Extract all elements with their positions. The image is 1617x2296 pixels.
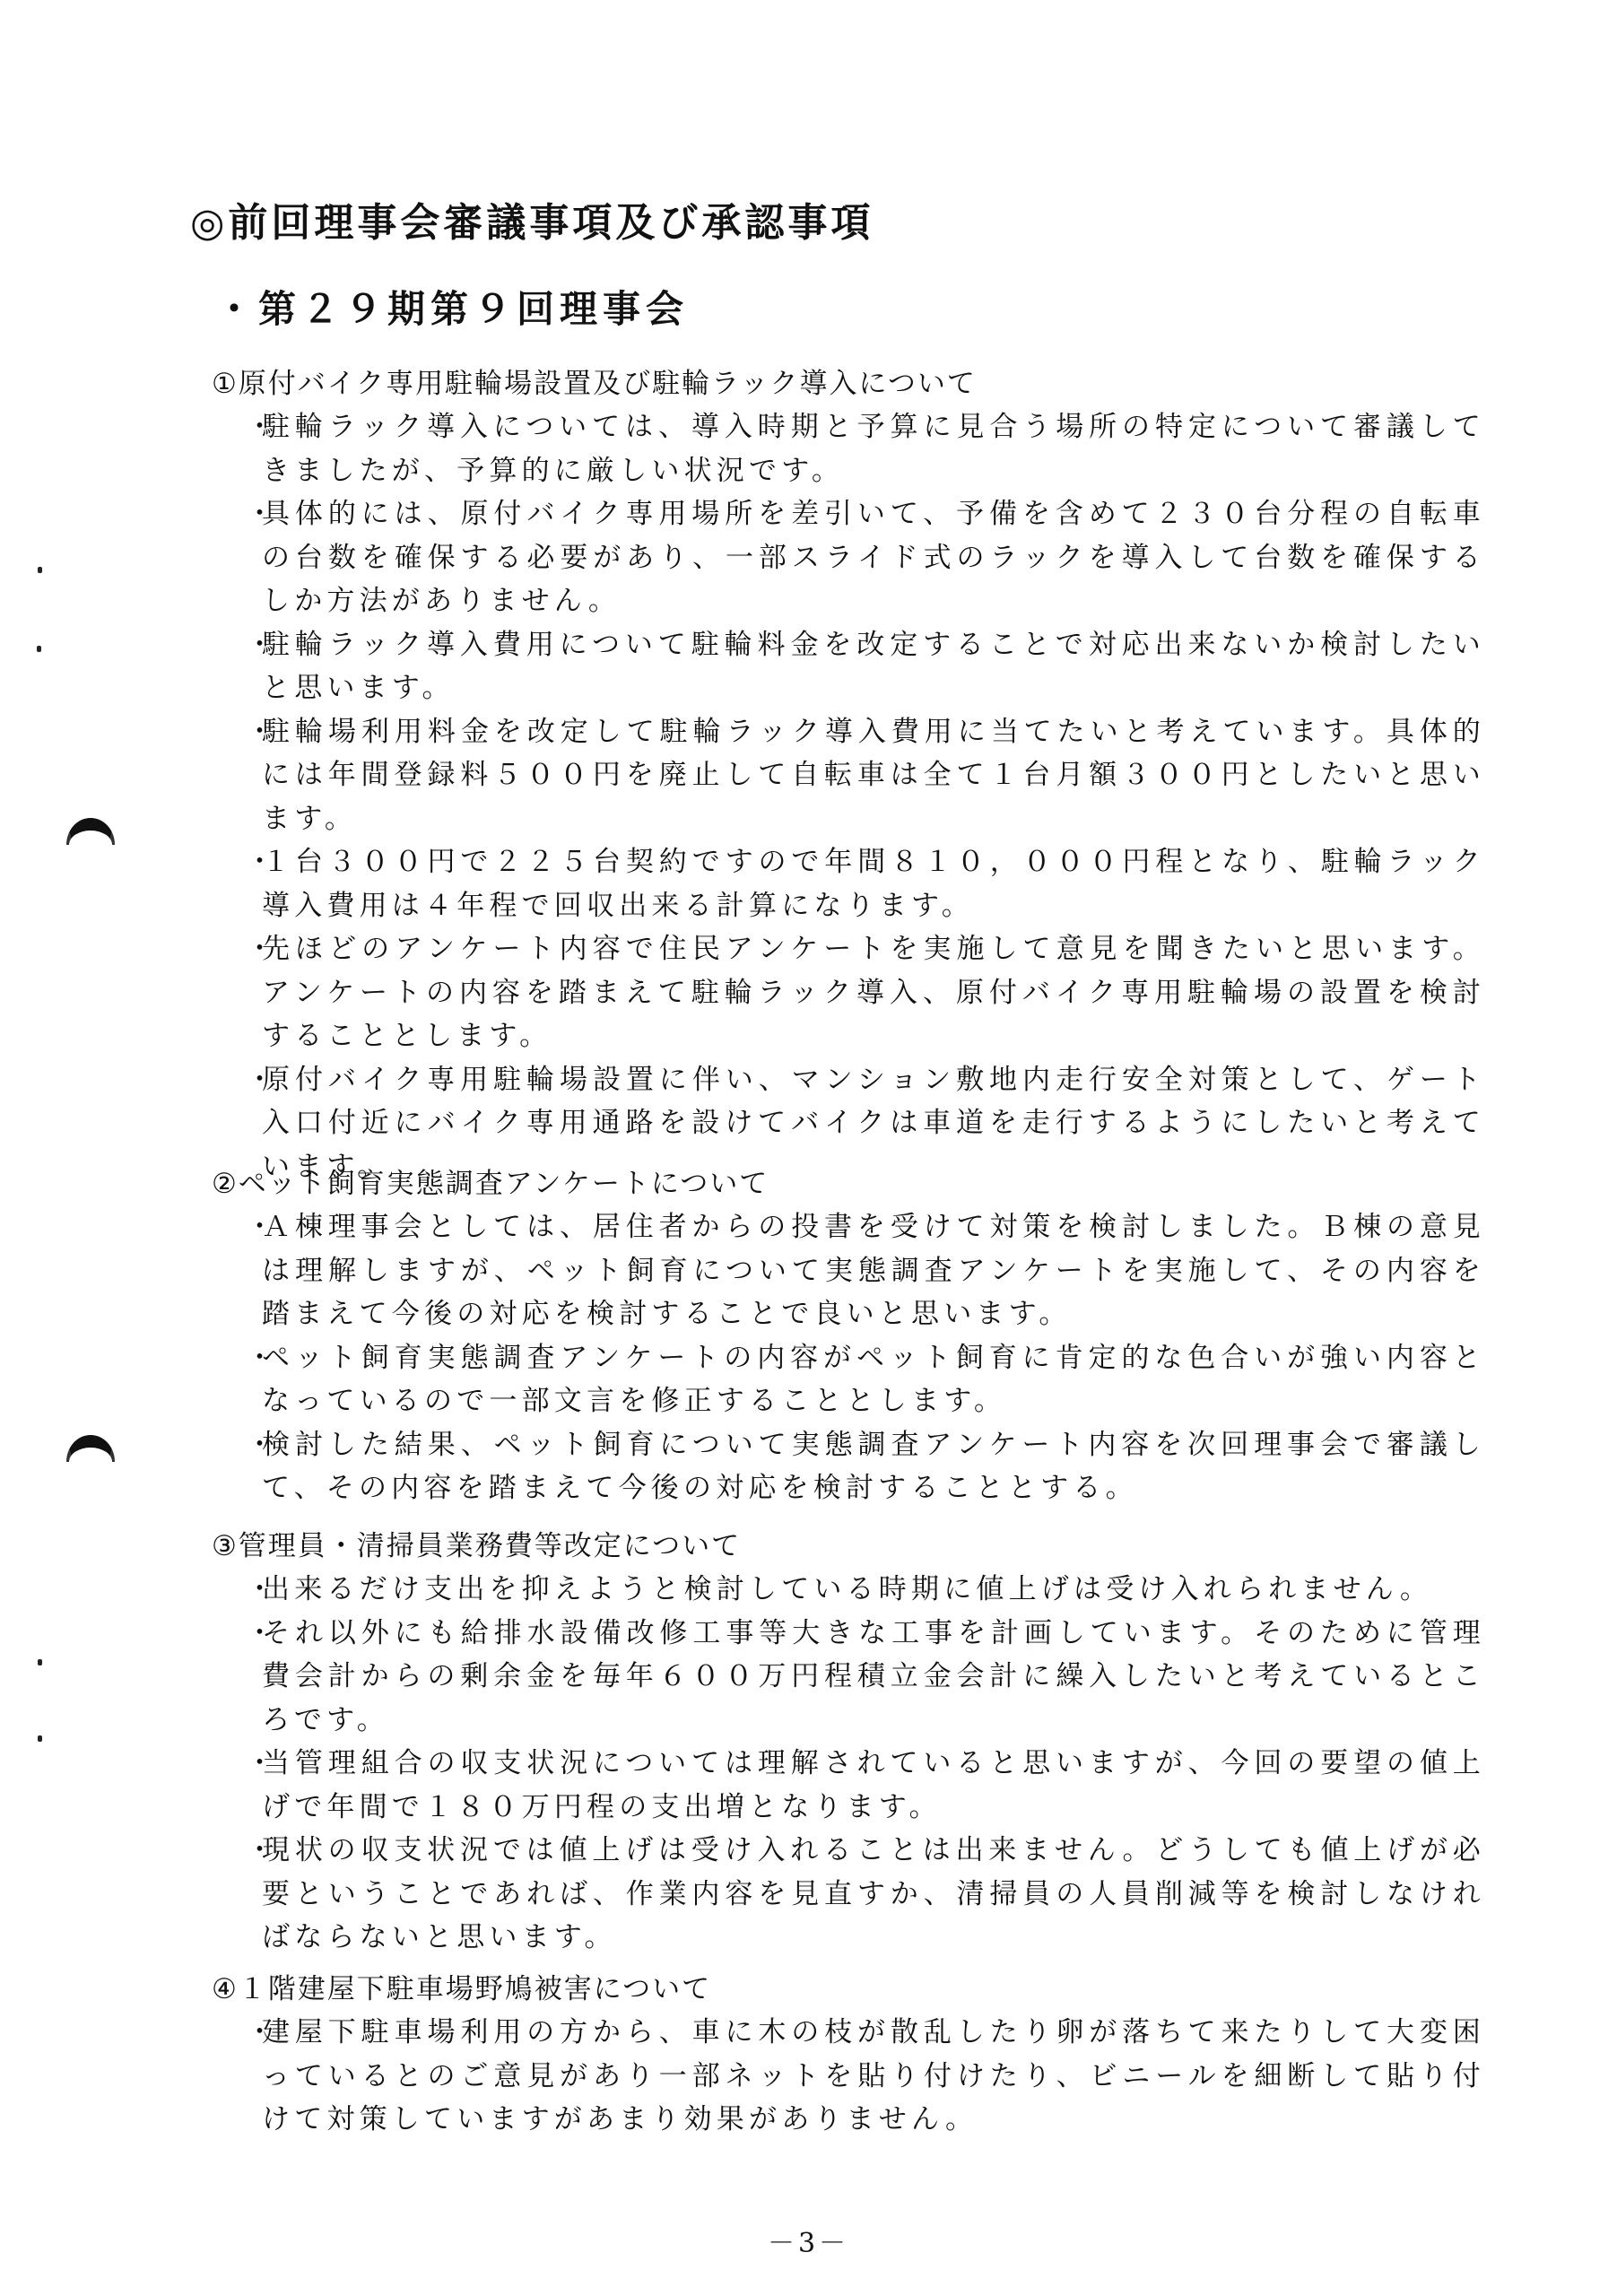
bullet-text: 当管理組合の収支状況については理解されていると思いますが、今回の要望の値上げで年… bbox=[262, 1747, 1485, 1823]
bullet-marker: ・ bbox=[246, 710, 260, 754]
list-item: ・１台３００円で２２５台契約ですので年間８１０，０００円程となり、駐輪ラック導入… bbox=[212, 840, 1485, 927]
section-heading: ④１階建屋下駐車場野鳩被害について bbox=[212, 1968, 1485, 2011]
bullet-marker: ・ bbox=[246, 492, 260, 536]
bullet-text: 先ほどのアンケート内容で住民アンケートを実施して意見を聞きたいと思います。アンケ… bbox=[262, 933, 1485, 1052]
section-pet-survey: ②ペット飼育実態調査アンケートについて ・Ａ棟理事会としては、居住者からの投書を… bbox=[212, 1162, 1485, 1510]
page-number: －3－ bbox=[0, 2221, 1617, 2260]
bullet-marker: ・ bbox=[246, 927, 260, 971]
bullet-list: ・Ａ棟理事会としては、居住者からの投書を受けて対策を検討しました。Ｂ棟の意見は理… bbox=[212, 1205, 1485, 1510]
section-moped-parking: ①原付バイク専用駐輪場設置及び駐輪ラック導入について ・駐輪ラック導入については… bbox=[212, 362, 1485, 1188]
scan-speck bbox=[38, 567, 42, 573]
bullet-marker: ・ bbox=[246, 1205, 260, 1249]
bullet-list: ・建屋下駐車場利用の方から、車に木の枝が散乱したり卵が落ちて来たりして大変困って… bbox=[212, 2011, 1485, 2142]
list-item: ・建屋下駐車場利用の方から、車に木の枝が散乱したり卵が落ちて来たりして大変困って… bbox=[212, 2011, 1485, 2142]
list-item: ・出来るだけ支出を抑えようと検討している時期に値上げは受け入れられません。 bbox=[212, 1568, 1485, 1612]
list-item: ・駐輪場利用料金を改定して駐輪ラック導入費用に当てたいと考えています。具体的には… bbox=[212, 710, 1485, 841]
bullet-marker: ・ bbox=[246, 2011, 260, 2055]
bullet-marker: ・ bbox=[246, 1058, 260, 1102]
section-heading: ②ペット飼育実態調査アンケートについて bbox=[212, 1162, 1485, 1205]
bullet-marker: ・ bbox=[246, 1829, 260, 1873]
bullet-text: 駐輪場利用料金を改定して駐輪ラック導入費用に当てたいと考えています。具体的には年… bbox=[262, 716, 1485, 835]
section-heading: ①原付バイク専用駐輪場設置及び駐輪ラック導入について bbox=[212, 362, 1485, 405]
list-item: ・具体的には、原付バイク専用場所を差引いて、予備を含めて２３０台分程の自転車の台… bbox=[212, 492, 1485, 623]
bullet-list: ・出来るだけ支出を抑えようと検討している時期に値上げは受け入れられません。 ・そ… bbox=[212, 1568, 1485, 1960]
bullet-marker: ・ bbox=[246, 1336, 260, 1380]
bullet-text: 具体的には、原付バイク専用場所を差引いて、予備を含めて２３０台分程の自転車の台数… bbox=[262, 498, 1485, 617]
scan-speck bbox=[38, 1659, 42, 1665]
scan-speck bbox=[37, 646, 41, 652]
bullet-text: 検討した結果、ペット飼育について実態調査アンケート内容を次回理事会で審議して、そ… bbox=[262, 1429, 1485, 1505]
bullet-marker: ・ bbox=[246, 623, 260, 667]
meeting-title: ・第２９期第９回理事会 bbox=[215, 280, 689, 334]
list-item: ・現状の収支状況では値上げは受け入れることは出来ません。どうしても値上げが必要と… bbox=[212, 1829, 1485, 1960]
bullet-marker: ・ bbox=[246, 840, 260, 884]
punch-hole-mark bbox=[66, 818, 115, 845]
bullet-marker: ・ bbox=[246, 1568, 260, 1612]
section-pigeon-damage: ④１階建屋下駐車場野鳩被害について ・建屋下駐車場利用の方から、車に木の枝が散乱… bbox=[212, 1968, 1485, 2142]
list-item: ・Ａ棟理事会としては、居住者からの投書を受けて対策を検討しました。Ｂ棟の意見は理… bbox=[212, 1205, 1485, 1336]
section-heading: ③管理員・清掃員業務費等改定について bbox=[212, 1525, 1485, 1568]
bullet-list: ・駐輪ラック導入については、導入時期と予算に見合う場所の特定について審議してきま… bbox=[212, 405, 1485, 1188]
punch-hole-mark bbox=[66, 1435, 115, 1462]
bullet-text: 出来るだけ支出を抑えようと検討している時期に値上げは受け入れられません。 bbox=[262, 1573, 1432, 1605]
page-title: ◎前回理事会審議事項及び承認事項 bbox=[190, 190, 874, 248]
bullet-text: 駐輪ラック導入については、導入時期と予算に見合う場所の特定について審議してきまし… bbox=[262, 411, 1485, 487]
list-item: ・当管理組合の収支状況については理解されていると思いますが、今回の要望の値上げで… bbox=[212, 1742, 1485, 1829]
list-item: ・駐輪ラック導入については、導入時期と予算に見合う場所の特定について審議してきま… bbox=[212, 405, 1485, 492]
list-item: ・検討した結果、ペット飼育について実態調査アンケート内容を次回理事会で審議して、… bbox=[212, 1423, 1485, 1510]
list-item: ・それ以外にも給排水設備改修工事等大きな工事を計画しています。そのために管理費会… bbox=[212, 1612, 1485, 1743]
list-item: ・先ほどのアンケート内容で住民アンケートを実施して意見を聞きたいと思います。アン… bbox=[212, 927, 1485, 1058]
bullet-marker: ・ bbox=[246, 1612, 260, 1656]
bullet-text: それ以外にも給排水設備改修工事等大きな工事を計画しています。そのために管理費会計… bbox=[262, 1617, 1485, 1736]
list-item: ・駐輪ラック導入費用について駐輪料金を改定することで対応出来ないか検討したいと思… bbox=[212, 623, 1485, 710]
bullet-text: Ａ棟理事会としては、居住者からの投書を受けて対策を検討しました。Ｂ棟の意見は理解… bbox=[262, 1211, 1485, 1330]
section-staff-fees: ③管理員・清掃員業務費等改定について ・出来るだけ支出を抑えようと検討している時… bbox=[212, 1525, 1485, 1960]
list-item: ・ペット飼育実態調査アンケートの内容がペット飼育に肯定的な色合いが強い内容となっ… bbox=[212, 1336, 1485, 1423]
bullet-text: 現状の収支状況では値上げは受け入れることは出来ません。どうしても値上げが必要とい… bbox=[262, 1834, 1485, 1953]
bullet-text: １台３００円で２２５台契約ですので年間８１０，０００円程となり、駐輪ラック導入費… bbox=[262, 846, 1485, 922]
bullet-text: 駐輪ラック導入費用について駐輪料金を改定することで対応出来ないか検討したいと思い… bbox=[262, 629, 1485, 705]
bullet-marker: ・ bbox=[246, 1423, 260, 1467]
scan-speck bbox=[38, 1735, 42, 1742]
bullet-text: ペット飼育実態調査アンケートの内容がペット飼育に肯定的な色合いが強い内容となって… bbox=[262, 1342, 1485, 1418]
bullet-text: 建屋下駐車場利用の方から、車に木の枝が散乱したり卵が落ちて来たりして大変困ってい… bbox=[262, 2016, 1485, 2135]
bullet-marker: ・ bbox=[246, 1742, 260, 1786]
bullet-marker: ・ bbox=[246, 405, 260, 449]
